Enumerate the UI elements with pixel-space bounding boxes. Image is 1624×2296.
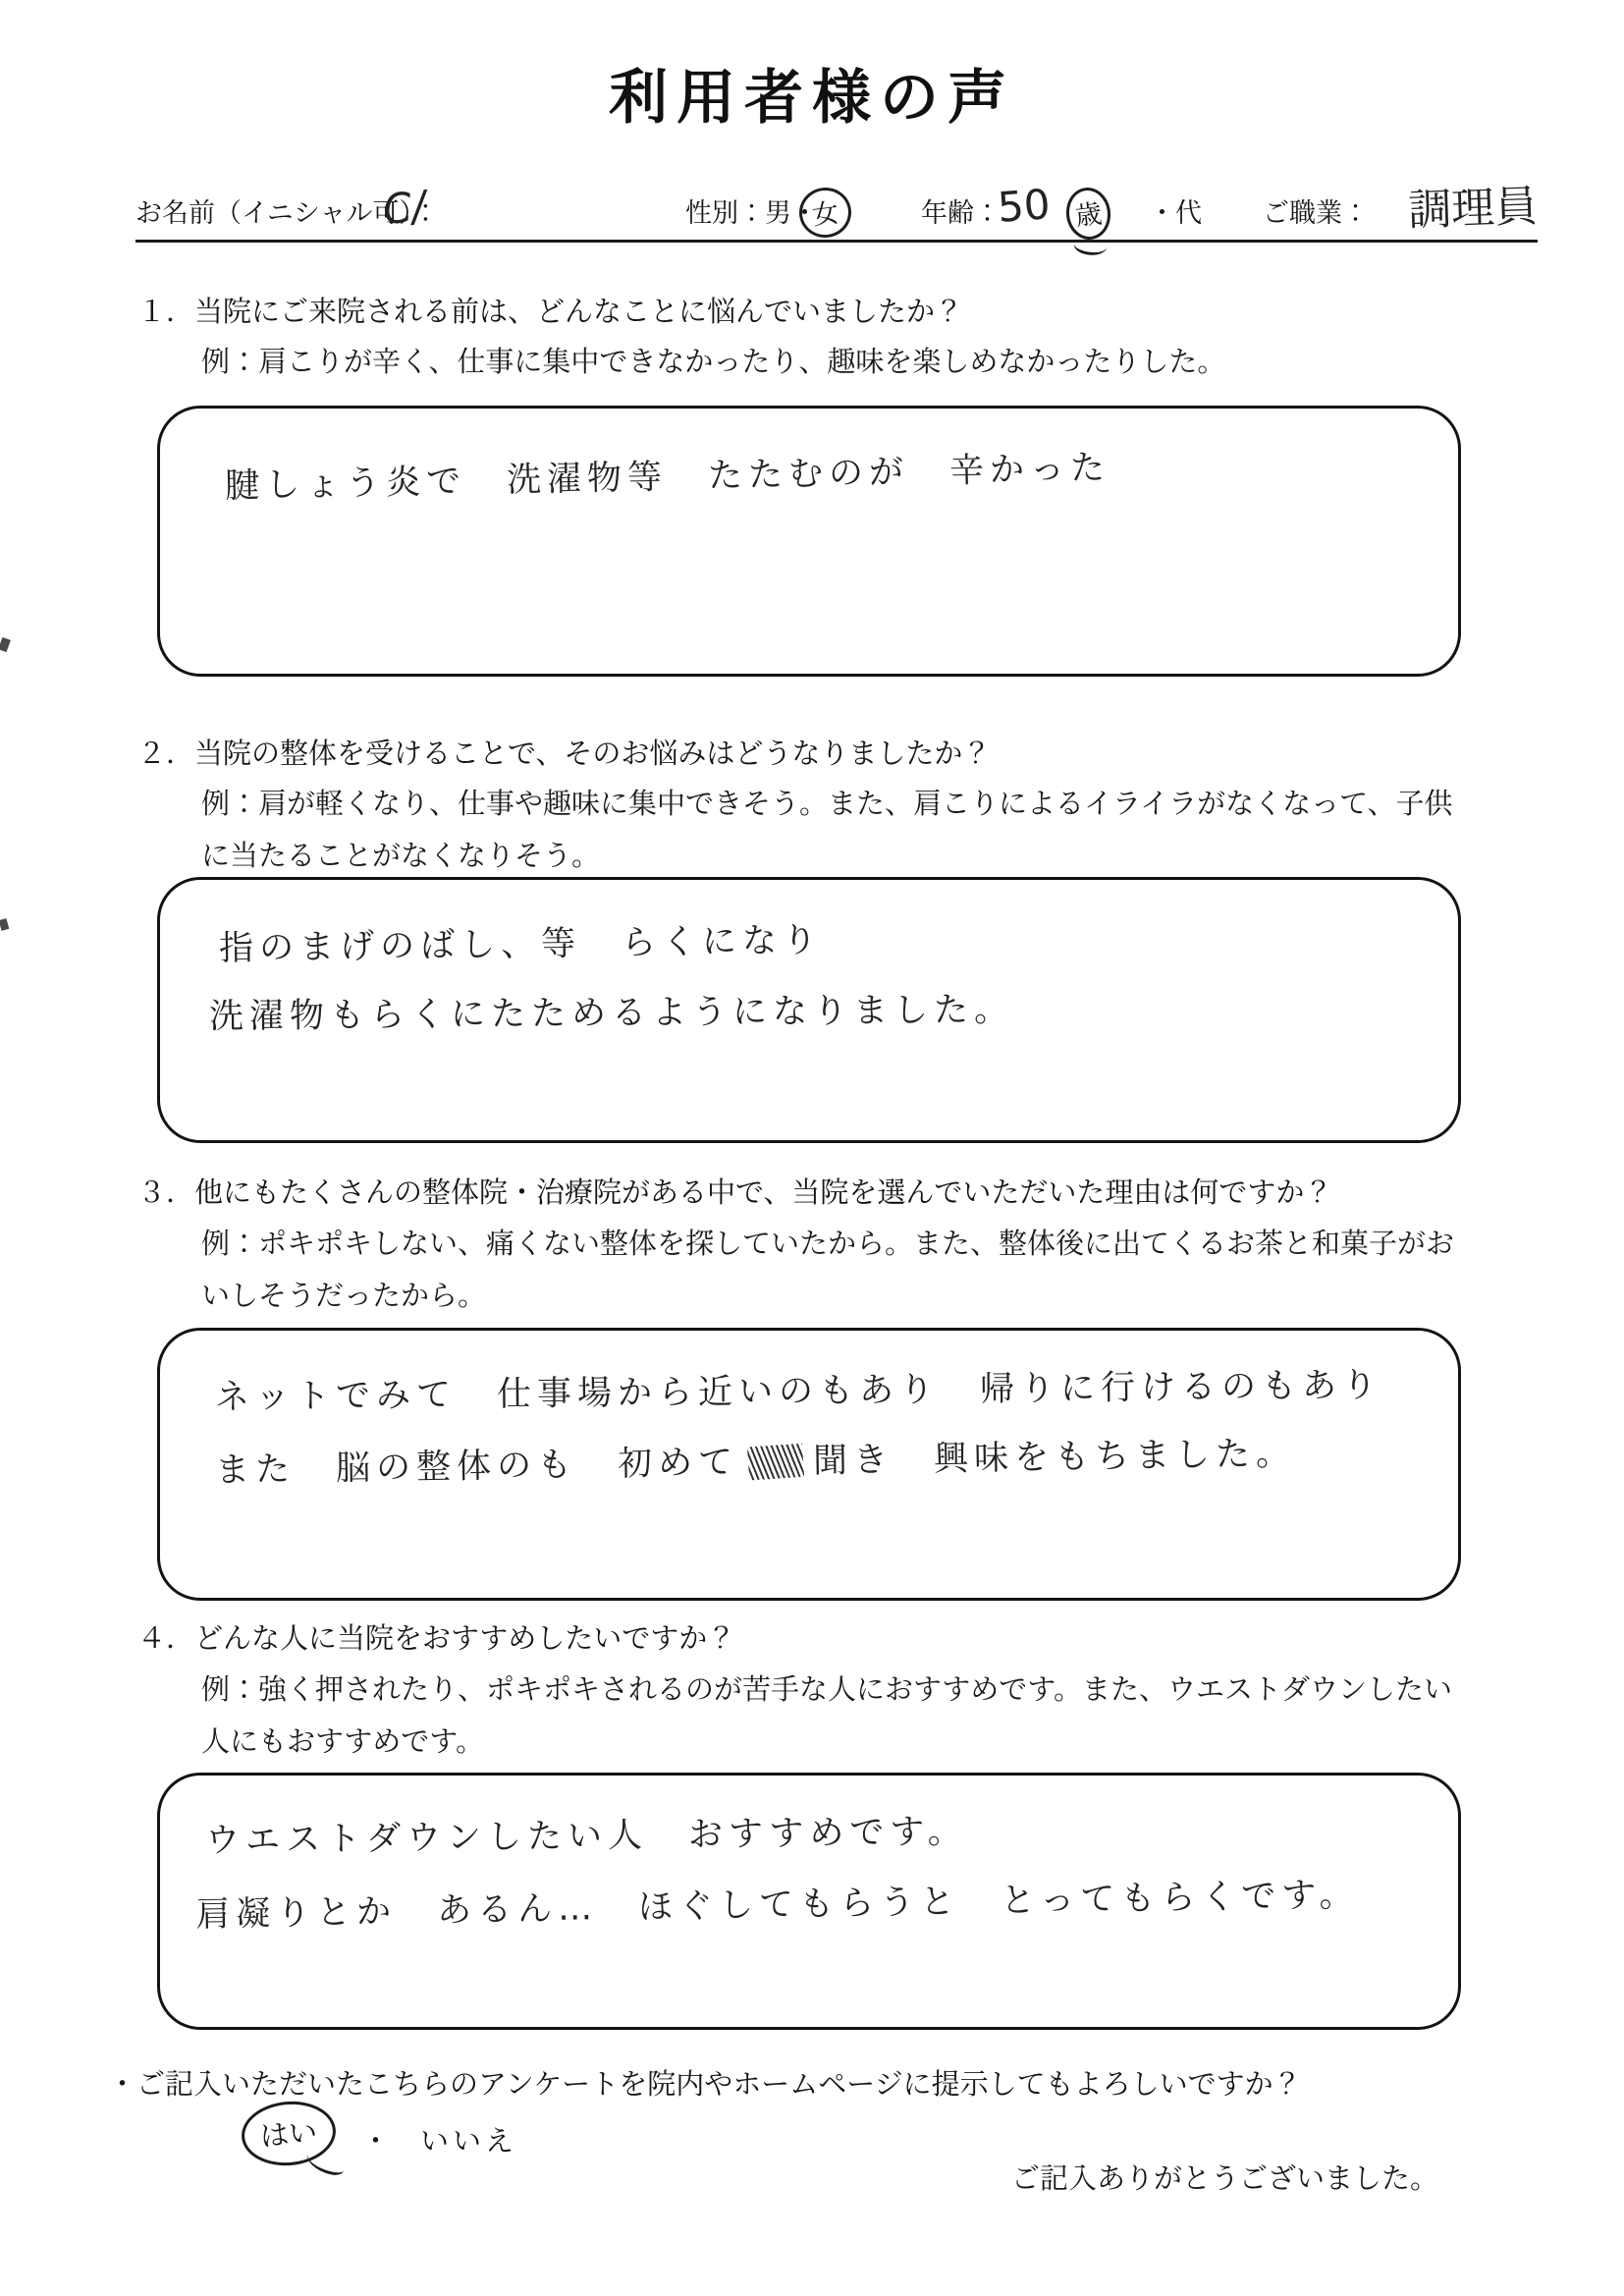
scribbled-out-word [747,1444,804,1481]
respondent-info-row: お名前（イニシャル可）： C/ 性別：男・ 女 年齢： 50 歳 ・代 ご職業：… [135,169,1538,243]
age-suffix: ・代 [1149,191,1202,230]
answer-3-line-2-pre: また 脳の整体のも 初めて [215,1443,739,1490]
question-3-text: 他にもたくさんの整体院・治療院がある中で、当院を選んでいただいた理由は何ですか？ [194,1177,1332,1209]
question-4-text: どんな人に当院をおすすめしたいですか？ [194,1623,735,1655]
question-4-example-line: 人にもおすすめです。 [201,1717,1452,1769]
age-unit-circle: 歳 [1066,188,1110,240]
question-3-example-line: 例：ポキポキしない、痛くない整体を探していたから。また、整体後に出てくるお茶と和… [201,1219,1454,1271]
answer-box-3: ネットでみて 仕事場から近いのもあり 帰りに行けるのもあり また 脳の整体のも … [157,1328,1461,1601]
question-2-example-line: に当たることがなくなりそう。 [201,831,1453,883]
question-1-number: １． [137,297,194,328]
question-2-text: 当院の整体を受けることで、そのお悩みはどうなりましたか？ [194,738,991,770]
question-3-example-line: いしそうだったから。 [201,1271,1454,1323]
answer-1-line-1: 腱しょう炎で 洗濯物等 たたむのが 辛かった [225,441,1111,509]
question-2: ２．当院の整体を受けることで、そのお悩みはどうなりましたか？ [137,732,991,772]
name-value-handwritten: C/ [381,182,428,234]
question-2-example-line: 例：肩が軽くなり、仕事や趣味に集中できそう。また、肩こりによるイライラがなくなっ… [201,779,1453,831]
job-label: ご職業： [1263,191,1369,230]
question-1: １．当院にご来院される前は、どんなことに悩んでいましたか？ [137,290,963,330]
question-1-example-line: 例：肩こりが辛く、仕事に集中できなかったり、趣味を楽しめなかったりした。 [201,337,1225,389]
answer-2-line-2: 洗濯物もらくにたためるようになりました。 [209,982,1014,1038]
consent-no-option: いいえ [420,2119,517,2159]
question-4-number: ４． [137,1623,194,1655]
scan-artifact [0,637,11,652]
scan-artifact [0,918,9,931]
age-circled-unit: 歳 [1063,185,1113,242]
answer-3-line-2-post: 聞き 興味をもちました。 [813,1434,1297,1481]
question-2-example: 例：肩が軽くなり、仕事や趣味に集中できそう。また、肩こりによるイライラがなくなっ… [201,779,1453,883]
age-label: 年齢： [921,191,1001,230]
survey-sheet: 利用者様の声 お名前（イニシャル可）： C/ 性別：男・ 女 年齢： 50 歳 … [0,0,1624,2296]
answer-box-1: 腱しょう炎で 洗濯物等 たたむのが 辛かった [157,406,1461,677]
question-1-example: 例：肩こりが辛く、仕事に集中できなかったり、趣味を楽しめなかったりした。 [201,337,1225,389]
question-2-number: ２． [137,738,194,770]
question-3-number: ３． [137,1177,194,1209]
gender-selected-circle: 女 [799,188,851,238]
question-4-example-line: 例：強く押されたり、ポキポキされるのが苦手な人におすすめです。また、ウエストダウ… [201,1665,1452,1717]
answer-2-line-1: 指のまげのばし、等 らくになり [219,913,824,971]
answer-3-line-2: また 脳の整体のも 初めて聞き 興味をもちました。 [215,1426,1297,1492]
gender-label: 性別：男・ [685,191,818,230]
answer-box-4: ウエストダウンしたい人 おすすめです。 肩凝りとか あるん… ほぐしてもらうと … [157,1773,1461,2030]
consent-question: ・ご記入いただいたこちらのアンケートを院内やホームページに提示してもよろしいです… [108,2062,1302,2103]
question-1-text: 当院にご来院される前は、どんなことに悩んでいましたか？ [194,297,963,328]
answer-3-line-1: ネットでみて 仕事場から近いのもあり 帰りに行けるのもあり [215,1358,1382,1419]
question-3: ３．他にもたくさんの整体院・治療院がある中で、当院を選んでいただいた理由は何です… [137,1171,1332,1211]
answer-4-line-2: 肩凝りとか あるん… ほぐしてもらうと とってもらくです。 [195,1868,1360,1938]
answer-box-2: 指のまげのばし、等 らくになり 洗濯物もらくにたためるようになりました。 [157,877,1461,1143]
question-3-example: 例：ポキポキしない、痛くない整体を探していたから。また、整体後に出てくるお茶と和… [201,1219,1454,1323]
answer-4-line-1: ウエストダウンしたい人 おすすめです。 [205,1804,968,1862]
page-title: 利用者様の声 [0,51,1624,136]
consent-separator-dot: ・ [361,2119,390,2159]
thank-you-note: ご記入ありがとうございました。 [1011,2157,1438,2197]
job-value-handwritten: 調理員 [1407,171,1539,239]
consent-yes-circled: はい [239,2098,338,2169]
question-4: ４．どんな人に当院をおすすめしたいですか？ [137,1616,735,1657]
question-4-example: 例：強く押されたり、ポキポキされるのが苦手な人におすすめです。また、ウエストダウ… [201,1665,1452,1769]
age-value-handwritten: 50 [996,180,1052,232]
gender-circled-value: 女 [796,185,854,241]
